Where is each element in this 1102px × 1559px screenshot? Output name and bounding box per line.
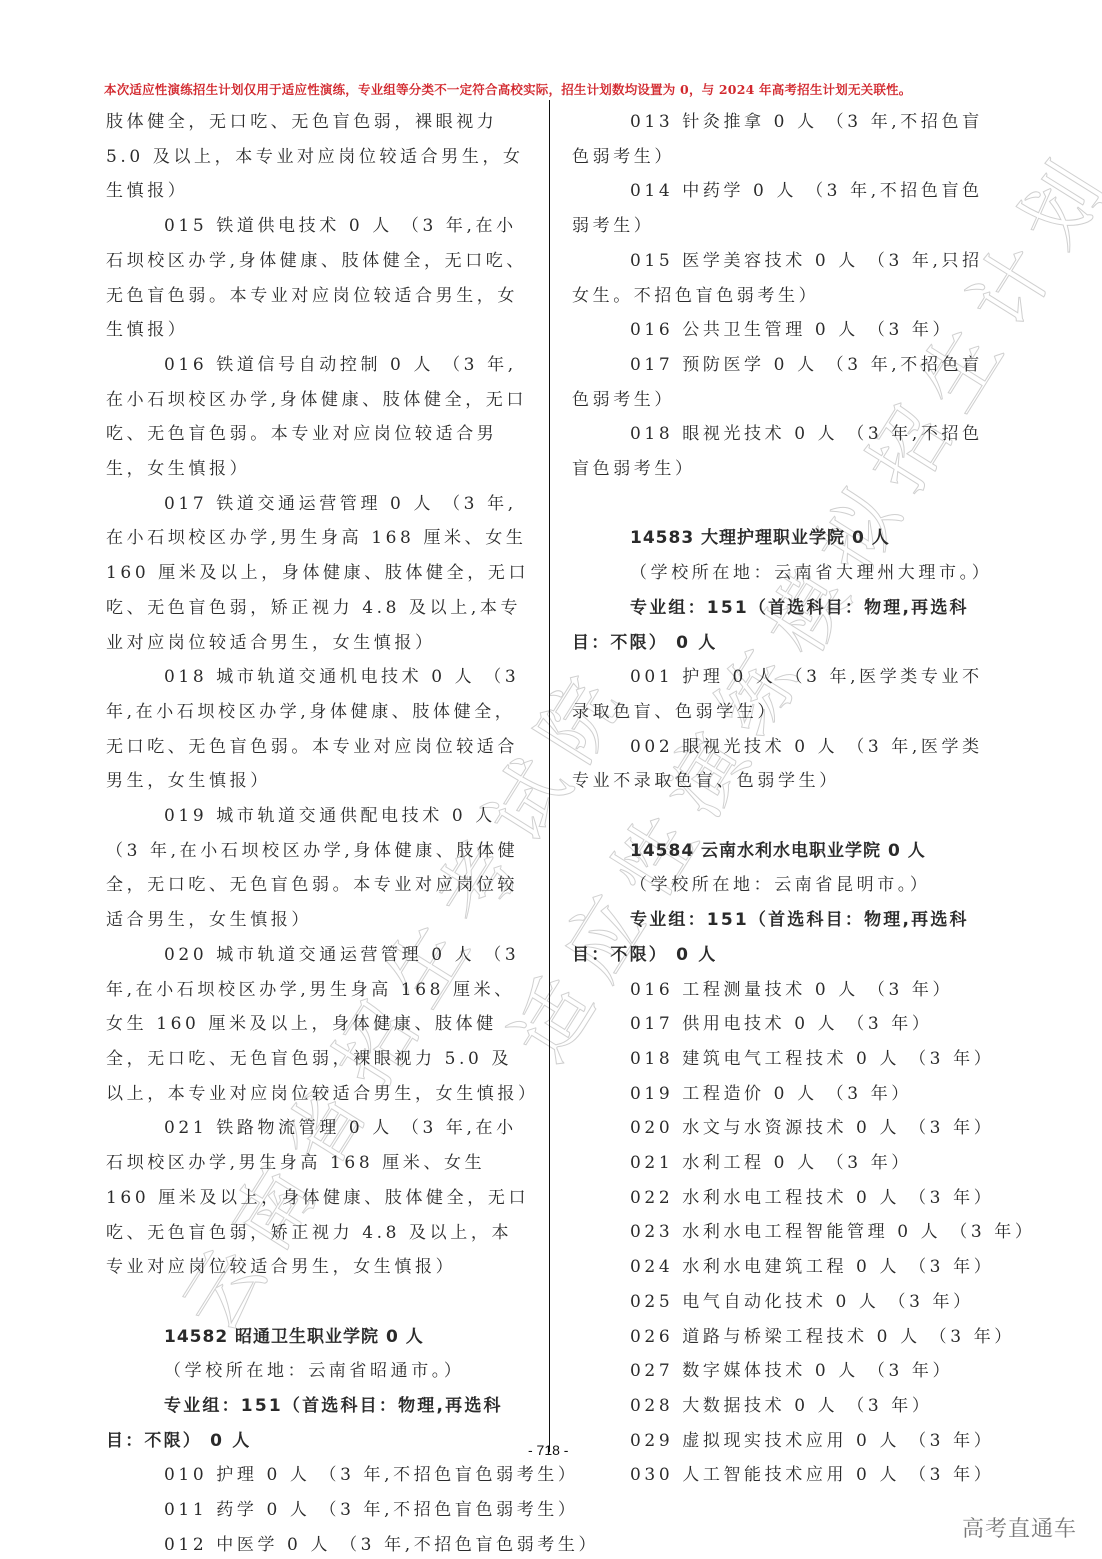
- major-item: 017 铁道交通运营管理 0 人 （3 年,在小石坝校区办学,男生身高 168 …: [106, 487, 531, 661]
- major-item: 012 中医学 0 人 （3 年,不招色盲色弱考生）: [106, 1528, 531, 1559]
- school-location: （学校所在地：云南省昭通市。）: [106, 1354, 531, 1389]
- school-location: （学校所在地：云南省昆明市。）: [572, 868, 997, 903]
- major-item: 015 医学美容技术 0 人 （3 年,只招女生。不招色盲色弱考生）: [572, 244, 997, 313]
- major-item: 020 城市轨道交通运营管理 0 人 （3 年,在小石坝校区办学,男生身高 16…: [106, 938, 531, 1112]
- major-group: 专业组：151（首选科目：物理,再选科目：不限） 0 人: [572, 903, 997, 972]
- major-item: 017 预防医学 0 人 （3 年,不招色盲色弱考生）: [572, 348, 997, 417]
- major-item: 018 眼视光技术 0 人 （3 年,不招色盲色弱考生）: [572, 417, 997, 486]
- school-location: （学校所在地：云南省大理州大理市。）: [572, 556, 997, 591]
- spacer: [106, 1285, 531, 1320]
- major-item: 029 虚拟现实技术应用 0 人 （3 年）: [572, 1424, 997, 1459]
- major-item: 013 针灸推拿 0 人 （3 年,不招色盲色弱考生）: [572, 105, 997, 174]
- major-item: 020 水文与水资源技术 0 人 （3 年）: [572, 1111, 997, 1146]
- page-number: - 718 -: [528, 1442, 568, 1458]
- major-item: 021 铁路物流管理 0 人 （3 年,在小石坝校区办学,男生身高 168 厘米…: [106, 1111, 531, 1285]
- major-item: 011 药学 0 人 （3 年,不招色盲色弱考生）: [106, 1493, 531, 1528]
- left-column: 肢体健全，无口吃、无色盲色弱，裸眼视力 5.0 及以上，本专业对应岗位较适合男生…: [106, 105, 531, 1559]
- disclaimer-notice: 本次适应性演练招生计划仅用于适应性演练，专业组等分类不一定符合高校实际，招生计划…: [104, 80, 1004, 98]
- major-item: 021 水利工程 0 人 （3 年）: [572, 1146, 997, 1181]
- major-group: 专业组：151（首选科目：物理,再选科目：不限） 0 人: [572, 591, 997, 660]
- continuation-paragraph: 肢体健全，无口吃、无色盲色弱，裸眼视力 5.0 及以上，本专业对应岗位较适合男生…: [106, 105, 531, 209]
- major-group: 专业组：151（首选科目：物理,再选科目：不限） 0 人: [106, 1389, 531, 1458]
- major-item: 027 数字媒体技术 0 人 （3 年）: [572, 1354, 997, 1389]
- major-item: 002 眼视光技术 0 人 （3 年,医学类专业不录取色盲、色弱学生）: [572, 730, 997, 799]
- major-item: 019 城市轨道交通供配电技术 0 人 （3 年,在小石坝校区办学,身体健康、肢…: [106, 799, 531, 938]
- major-item: 026 道路与桥梁工程技术 0 人 （3 年）: [572, 1320, 997, 1355]
- school-title: 14584 云南水利水电职业学院 0 人: [572, 834, 997, 869]
- major-item: 018 城市轨道交通机电技术 0 人 （3 年,在小石坝校区办学,身体健康、肢体…: [106, 660, 531, 799]
- column-divider: [549, 100, 550, 1452]
- major-item: 024 水利水电建筑工程 0 人 （3 年）: [572, 1250, 997, 1285]
- major-item: 023 水利水电工程智能管理 0 人 （3 年）: [572, 1215, 997, 1250]
- major-item: 025 电气自动化技术 0 人 （3 年）: [572, 1285, 997, 1320]
- spacer: [572, 487, 997, 522]
- major-item: 030 人工智能技术应用 0 人 （3 年）: [572, 1458, 997, 1493]
- school-title: 14583 大理护理职业学院 0 人: [572, 521, 997, 556]
- major-item: 017 供用电技术 0 人 （3 年）: [572, 1007, 997, 1042]
- school-title: 14582 昭通卫生职业学院 0 人: [106, 1320, 531, 1355]
- spacer: [572, 799, 997, 834]
- major-item: 016 工程测量技术 0 人 （3 年）: [572, 973, 997, 1008]
- major-item: 016 公共卫生管理 0 人 （3 年）: [572, 313, 997, 348]
- major-item: 001 护理 0 人 （3 年,医学类专业不录取色盲、色弱学生）: [572, 660, 997, 729]
- major-item: 010 护理 0 人 （3 年,不招色盲色弱考生）: [106, 1458, 531, 1493]
- major-item: 014 中药学 0 人 （3 年,不招色盲色弱考生）: [572, 174, 997, 243]
- brand-watermark: 高考直通车: [962, 1512, 1077, 1543]
- major-item: 015 铁道供电技术 0 人 （3 年,在小石坝校区办学,身体健康、肢体健全，无…: [106, 209, 531, 348]
- right-column: 013 针灸推拿 0 人 （3 年,不招色盲色弱考生） 014 中药学 0 人 …: [572, 105, 997, 1493]
- major-item: 019 工程造价 0 人 （3 年）: [572, 1077, 997, 1112]
- major-item: 028 大数据技术 0 人 （3 年）: [572, 1389, 997, 1424]
- major-item: 016 铁道信号自动控制 0 人 （3 年,在小石坝校区办学,身体健康、肢体健全…: [106, 348, 531, 487]
- major-item: 022 水利水电工程技术 0 人 （3 年）: [572, 1181, 997, 1216]
- major-item: 018 建筑电气工程技术 0 人 （3 年）: [572, 1042, 997, 1077]
